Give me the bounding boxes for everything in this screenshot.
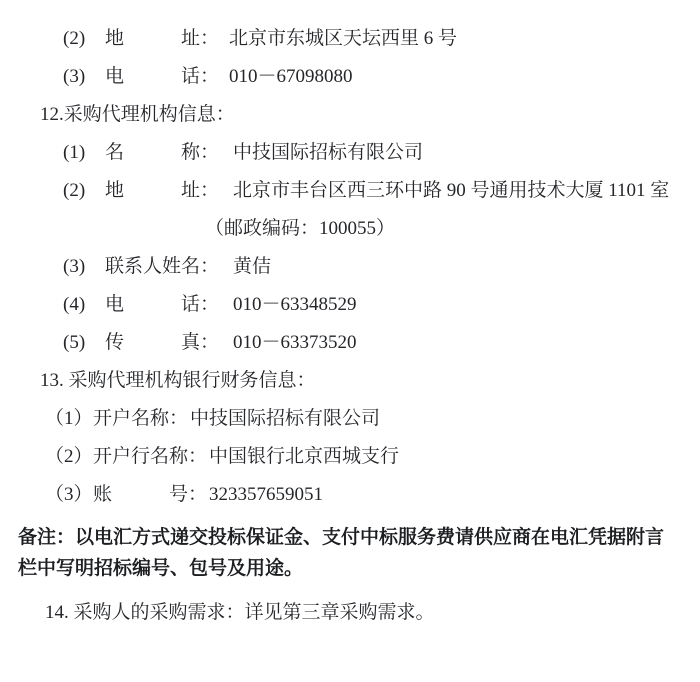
item-value: 北京市丰台区西三环中路 90 号通用技术大厦 1101 室 xyxy=(233,180,669,201)
item-label: 电 话： xyxy=(105,294,219,315)
remark-paragraph: 备注：以电汇方式递交投标保证金、支付中标服务费请供应商在电汇凭据附言栏中写明招标… xyxy=(18,522,676,584)
item-number: (1) xyxy=(63,134,105,172)
bank-name-row: （2）开户行名称：中国银行北京西城支行 xyxy=(45,438,700,476)
item-number: （1） xyxy=(45,400,93,438)
section12-heading: 12.采购代理机构信息： xyxy=(40,96,700,134)
purchaser-phone-row: (3)电 话：010－67098080 xyxy=(63,58,700,96)
agency-postcode-row: （邮政编码：100055） xyxy=(205,210,700,248)
section14-line: 14. 采购人的采购需求：详见第三章采购需求。 xyxy=(45,594,700,632)
item-value: 北京市东城区天坛西里 6 号 xyxy=(229,28,457,49)
item-value: 010－63373520 xyxy=(233,332,357,353)
item-value: 010－67098080 xyxy=(229,66,353,87)
item-label: 名 称： xyxy=(105,142,219,163)
document-page: (2)地 址：北京市东城区天坛西里 6 号 (3)电 话：010－6709808… xyxy=(0,0,700,682)
item-label: 开户名称： xyxy=(93,408,188,429)
item-number: (5) xyxy=(63,324,105,362)
agency-address-row: (2)地 址：北京市丰台区西三环中路 90 号通用技术大厦 1101 室 xyxy=(63,172,700,210)
agency-contact-row: (3)联系人姓名：黄佶 xyxy=(63,248,700,286)
item-label: 电 话： xyxy=(105,66,219,87)
item-number: （3） xyxy=(45,476,93,514)
item-label: 地 址： xyxy=(105,28,219,49)
item-value: 中技国际招标有限公司 xyxy=(190,408,380,429)
item-value: 黄佶 xyxy=(233,256,271,277)
item-label: 传 真： xyxy=(105,332,219,353)
bank-account-number-row: （3）账 号：323357659051 xyxy=(45,476,700,514)
agency-phone-row: (4)电 话：010－63348529 xyxy=(63,286,700,324)
bank-account-name-row: （1）开户名称：中技国际招标有限公司 xyxy=(45,400,700,438)
item-value: 010－63348529 xyxy=(233,294,357,315)
agency-name-row: (1)名 称：中技国际招标有限公司 xyxy=(63,134,700,172)
item-label: 地 址： xyxy=(105,180,219,201)
item-number: (4) xyxy=(63,286,105,324)
item-label: 联系人姓名： xyxy=(105,256,219,277)
item-number: (2) xyxy=(63,172,105,210)
item-number: （2） xyxy=(45,438,93,476)
item-number: (3) xyxy=(63,58,105,96)
item-value: 323357659051 xyxy=(209,484,323,505)
item-value: 中技国际招标有限公司 xyxy=(233,142,423,163)
item-number: (3) xyxy=(63,248,105,286)
purchaser-address-row: (2)地 址：北京市东城区天坛西里 6 号 xyxy=(63,20,700,58)
agency-fax-row: (5)传 真：010－63373520 xyxy=(63,324,700,362)
section13-heading: 13. 采购代理机构银行财务信息： xyxy=(40,362,700,400)
item-value: 中国银行北京西城支行 xyxy=(209,446,399,467)
item-label: 账 号： xyxy=(93,484,207,505)
item-number: (2) xyxy=(63,20,105,58)
item-label: 开户行名称： xyxy=(93,446,207,467)
